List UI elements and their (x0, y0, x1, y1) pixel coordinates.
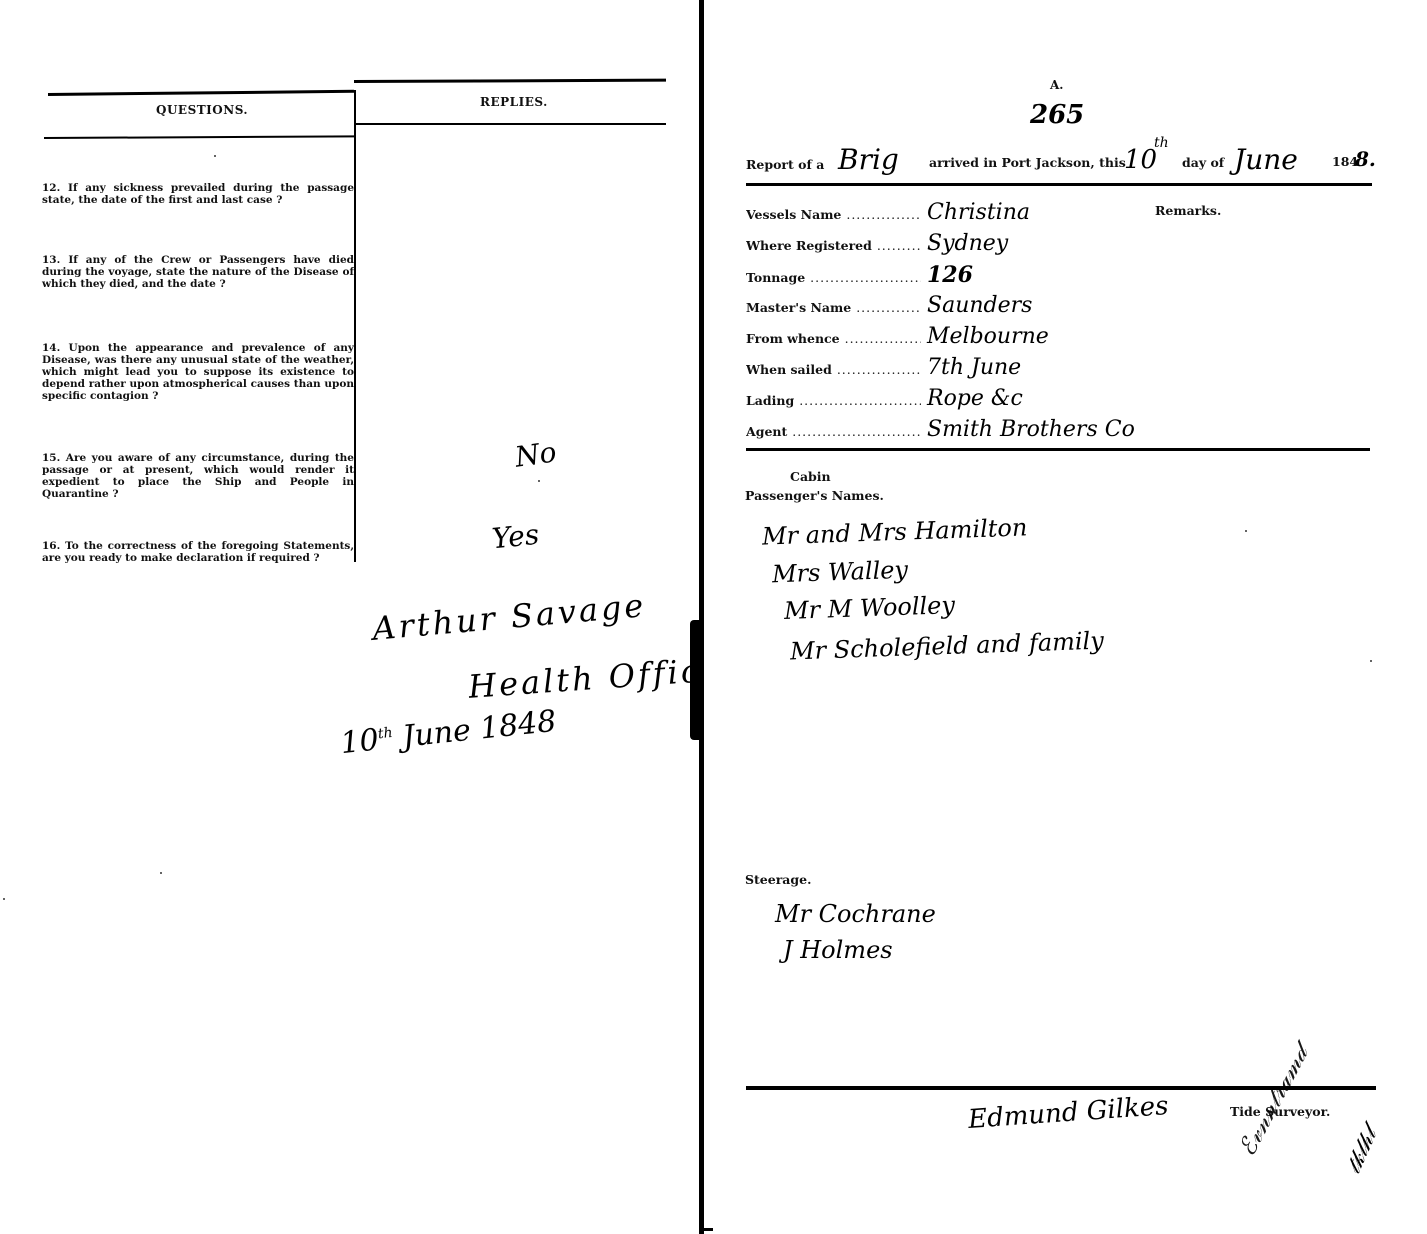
remarks-label: Remarks. (1155, 203, 1221, 218)
header-top-rule (48, 90, 354, 96)
field-label: When sailed (746, 362, 921, 377)
question-15: 15. Are you aware of any circumstance, d… (42, 452, 354, 500)
field-value: Sydney (927, 231, 1008, 256)
question-number: 15. (42, 452, 60, 464)
scan-speck (214, 155, 216, 157)
replies-header: REPLIES. (480, 95, 548, 109)
field-masters-name: Master's Name Saunders (746, 293, 1032, 315)
arrival-day: 10 (1124, 145, 1157, 175)
page-binding-foot (699, 1228, 713, 1231)
reply-15: No (513, 435, 559, 473)
cabin-passenger: Mr Scholefield and family (790, 627, 1105, 666)
field-where-registered: Where Registered Sydney (746, 231, 1008, 253)
question-text: To the correctness of the foregoing Stat… (42, 540, 354, 564)
question-number: 12. (42, 182, 60, 194)
countersignature-second-line: 𝓉𝓀𝓁𝒽𝓁 (1341, 1125, 1383, 1178)
health-officer-title: Health Officer (467, 652, 694, 706)
field-label: From whence (746, 331, 921, 346)
countersignature: ℰ𝓋𝓃𝓃𝓉𝓇𝒶𝓂𝒹 (1233, 1042, 1314, 1161)
cabin-passenger: Mr M Woolley (784, 591, 956, 625)
arrival-day-suffix: th (1154, 135, 1169, 151)
countersignature-scribble: 𝓉𝓀𝓁𝒽𝓁 (1341, 1125, 1383, 1178)
field-from-whence: From whence Melbourne (746, 324, 1049, 346)
field-value: Rope &c (927, 386, 1023, 411)
scan-speck (160, 872, 162, 874)
header-top-rule-right (354, 79, 666, 83)
steerage-passenger: Mr Cochrane (775, 900, 936, 928)
page-binding-line (699, 0, 704, 1234)
field-value: Smith Brothers Co (927, 417, 1135, 442)
cabin-passenger: Mrs Walley (772, 556, 909, 589)
date-rest: June 1848 (401, 704, 558, 755)
vessel-type: Brig (838, 143, 899, 176)
arrival-month: June (1234, 143, 1298, 176)
questions-header: QUESTIONS. (156, 103, 248, 117)
question-14: 14. Upon the appearance and prevalence o… (42, 342, 354, 402)
report-prefix: Report of a (746, 157, 824, 172)
field-vessels-name: Vessels Name Christina (746, 200, 1030, 222)
field-label: Agent (746, 424, 921, 439)
health-officer-date: 10th June 1848 (339, 704, 558, 761)
question-number: 16. (42, 540, 60, 552)
question-number: 13. (42, 254, 60, 266)
field-label: Lading (746, 393, 921, 408)
report-middle: arrived in Port Jackson, this (929, 155, 1126, 170)
passengers-names-label: Passenger's Names. (745, 488, 884, 503)
field-label: Where Registered (746, 238, 921, 253)
field-agent: Agent Smith Brothers Co (746, 417, 1135, 439)
question-13: 13. If any of the Crew or Passengers hav… (42, 254, 354, 290)
steerage-passenger: J Holmes (783, 936, 893, 964)
question-text: Upon the appearance and prevalence of an… (42, 342, 354, 402)
date-day: 10 (339, 722, 381, 761)
countersignature-scribble: ℰ𝓋𝓃𝓃𝓉𝓇𝒶𝓂𝒹 (1233, 1042, 1314, 1161)
question-text: Are you aware of any circumstance, durin… (42, 452, 354, 500)
field-when-sailed: When sailed 7th June (746, 355, 1021, 377)
cabin-passenger: Mr and Mrs Hamilton (762, 513, 1028, 550)
question-text: If any sickness prevailed during the pas… (42, 182, 354, 206)
field-value: Christina (927, 200, 1030, 225)
scan-speck (1245, 530, 1247, 532)
section-letter: A. (1050, 78, 1064, 92)
question-text: If any of the Crew or Passengers have di… (42, 254, 354, 290)
steerage-label: Steerage. (745, 872, 811, 887)
report-day-of: day of (1182, 155, 1224, 170)
header-bottom-rule (44, 135, 356, 138)
field-label: Vessels Name (746, 207, 921, 222)
cabin-label: Cabin (790, 469, 831, 484)
field-tonnage: Tonnage 126 (746, 262, 973, 284)
column-divider (354, 90, 356, 562)
page-binding-shadow (690, 620, 702, 740)
field-label: Tonnage (746, 270, 921, 285)
date-suffix: th (377, 725, 393, 742)
question-number: 14. (42, 342, 60, 354)
entry-number: 265 (1030, 100, 1084, 130)
tide-surveyor-signature: Edmund Gilkes (967, 1091, 1169, 1135)
scan-speck (538, 480, 540, 482)
question-16: 16. To the correctness of the foregoing … (42, 540, 354, 564)
field-label: Master's Name (746, 300, 921, 315)
reply-16: Yes (490, 518, 540, 556)
field-value: Saunders (927, 293, 1032, 318)
field-lading: Lading Rope &c (746, 386, 1023, 408)
health-officer-name: Arthur Savage (371, 586, 648, 648)
fields-bottom-rule (746, 448, 1370, 451)
question-12: 12. If any sickness prevailed during the… (42, 182, 354, 206)
scan-speck (3, 898, 5, 900)
header-bottom-rule-right (354, 123, 666, 125)
report-rule (746, 183, 1372, 186)
field-value: 126 (927, 262, 973, 288)
report-line: Report of a Brig arrived in Port Jackson… (746, 143, 1376, 177)
field-value: 7th June (927, 355, 1021, 380)
scan-speck (1370, 660, 1372, 662)
field-value: Melbourne (927, 324, 1049, 349)
year-written: 8. (1355, 147, 1376, 171)
